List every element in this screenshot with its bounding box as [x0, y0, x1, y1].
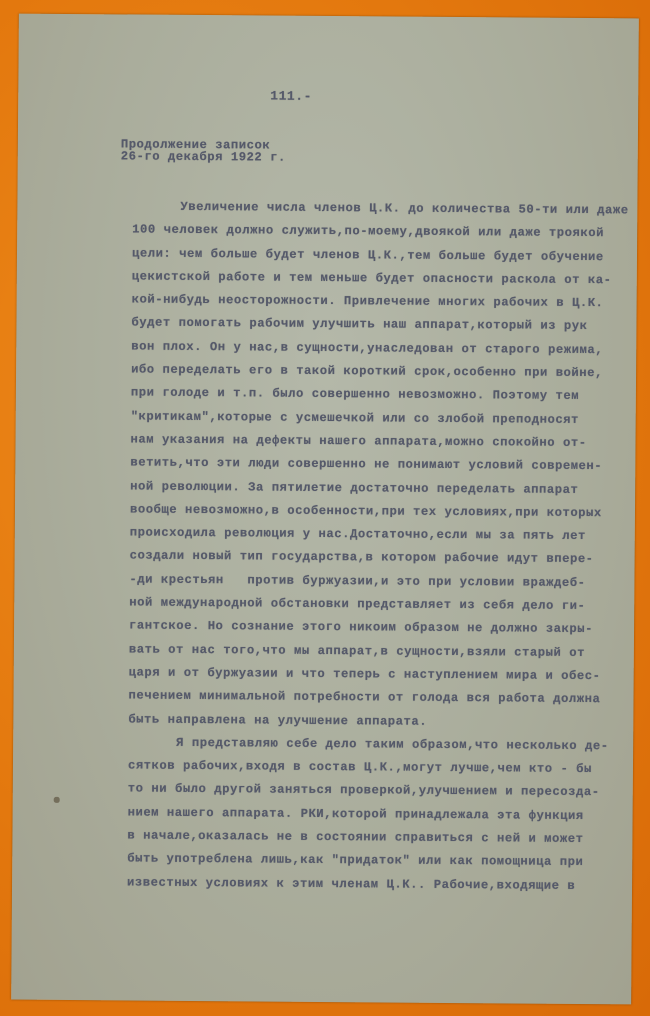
text-line: печением минимальной потребности от голо… — [128, 685, 628, 712]
body-text: Увеличение числа членов Ц.К. до количест… — [127, 195, 632, 898]
page-number: 111.- — [270, 89, 312, 104]
document-heading: Продолжение записок 26-го декабря 1922 г… — [121, 138, 286, 163]
text-line: известных условиях к этим членам Ц.К.. Р… — [127, 871, 627, 898]
paper-stain — [54, 797, 60, 803]
text-line: при голоде и т.п. было совершенно невозм… — [131, 382, 631, 409]
text-line: 100 человек должно служить,по-моему,двоя… — [132, 219, 632, 246]
typewritten-page: 111.- Продолжение записок 26-го декабря … — [11, 14, 639, 1005]
text-line: гантское. Но сознание этого никоим образ… — [129, 615, 629, 642]
heading-date: 26-го декабря 1922 г. — [121, 150, 286, 163]
text-line: ветить,что эти люди совершенно не понима… — [130, 452, 630, 479]
text-line: быть употреблена лишь,как "придаток" или… — [127, 848, 627, 875]
text-line: то ни было другой заняться проверкой,улу… — [128, 778, 628, 805]
